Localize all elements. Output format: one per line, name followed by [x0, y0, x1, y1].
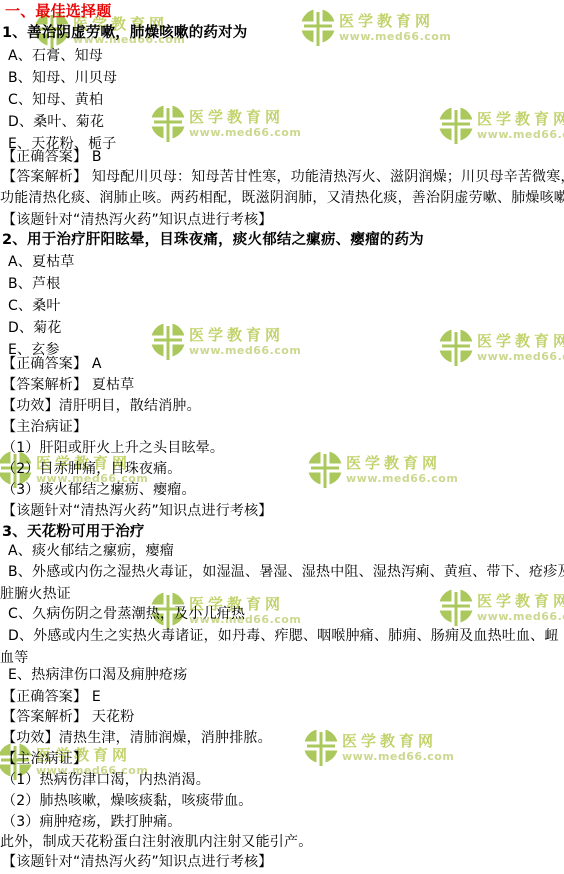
- q2-zhuzhi-item: （1）肝阳或肝火上升之头目眩晕。: [2, 440, 224, 457]
- q1-option-b: B、知母、川贝母: [8, 70, 117, 87]
- q1-analysis-line: 功能清热化痰、润肺止咳。两药相配，既滋阴润肺，又清热化痰，善治阴虚劳嗽、肺燥咳嗽…: [0, 190, 564, 207]
- watermark: 医学教育网 www.med66.com: [300, 8, 451, 50]
- q3-title: 3、天花粉可用于治疗: [2, 524, 145, 541]
- q3-correct-answer: 【正确答案】 E: [2, 689, 101, 706]
- watermark-brand: 医学教育网: [346, 455, 458, 472]
- q3-zhuzhi-header: 【主治病证】: [2, 751, 87, 768]
- q2-title: 2、用于治疗肝阳眩晕，目珠夜痛，痰火郁结之瘰疬、瘿瘤的药为: [2, 232, 424, 249]
- watermark: 医学教育网 www.med66.com: [303, 728, 454, 770]
- med66-logo-icon: [438, 106, 474, 148]
- watermark-brand: 医学教育网: [189, 109, 301, 126]
- q1-option-d: D、桑叶、菊花: [8, 114, 104, 131]
- med66-logo-icon: [150, 104, 186, 146]
- q3-zhuzhi-item: （3）痈肿疮疡，跌打肿痛。: [2, 814, 182, 831]
- watermark-url: www.med66.com: [189, 344, 301, 357]
- q2-analysis: 【答案解析】 夏枯草: [2, 377, 134, 394]
- q1-correct-answer: 【正确答案】 B: [2, 149, 102, 166]
- q3-option-a: A、痰火郁结之瘰疬，瘿瘤: [8, 543, 174, 560]
- q2-zhuzhi-item: （2）目赤肿痛，目珠夜痛。: [2, 461, 182, 478]
- q3-extra-note: 此外，制成天花粉蛋白注射液肌内注射又能引产。: [0, 834, 312, 851]
- med66-logo-icon: [307, 450, 343, 492]
- q2-zhuzhi-header: 【主治病证】: [2, 419, 87, 436]
- q3-option-d-cont: 血等: [0, 650, 28, 667]
- q2-option-c: C、桑叶: [8, 298, 61, 315]
- section-title: 一、最佳选择题: [5, 3, 111, 20]
- q3-option-c: C、久病伤阴之骨蒸潮热，及小儿疳热: [8, 606, 245, 623]
- q3-option-e: E、热病津伤口渴及痈肿疮疡: [8, 667, 187, 684]
- med66-logo-icon: [150, 322, 186, 364]
- watermark-url: www.med66.com: [477, 350, 564, 363]
- watermark-brand: 医学教育网: [477, 111, 564, 128]
- watermark: 医学教育网 www.med66.com: [150, 322, 301, 364]
- watermark: 医学教育网 www.med66.com: [307, 450, 458, 492]
- watermark-url: www.med66.com: [339, 30, 451, 43]
- med66-logo-icon: [438, 588, 474, 630]
- watermark-url: www.med66.com: [346, 472, 458, 485]
- q2-gongxiao: 【功效】清肝明目，散结消肿。: [2, 398, 201, 415]
- q1-option-c: C、知母、黄柏: [8, 92, 103, 109]
- q1-title: 1、善治阴虚劳嗽，肺燥咳嗽的药对为: [2, 25, 248, 42]
- q3-zhuzhi-item: （1）热病伤津口渴，内热消渴。: [2, 772, 210, 789]
- watermark-brand: 医学教育网: [477, 593, 564, 610]
- q1-option-a: A、石膏、知母: [8, 48, 103, 65]
- watermark: 医学教育网 www.med66.com: [438, 328, 564, 370]
- q2-option-b: B、芦根: [8, 276, 60, 293]
- watermark-url: www.med66.com: [477, 610, 564, 623]
- med66-logo-icon: [303, 728, 339, 770]
- q3-option-b-cont: 脏腑火热证: [0, 586, 71, 603]
- q3-analysis: 【答案解析】 天花粉: [2, 709, 134, 726]
- q2-zhuzhi-item: （3）痰火郁结之瘰疬、瘿瘤。: [2, 482, 196, 499]
- med66-logo-icon: [438, 328, 474, 370]
- watermark-brand: 医学教育网: [339, 13, 451, 30]
- watermark-brand: 医学教育网: [342, 733, 454, 750]
- watermark: 医学教育网 www.med66.com: [438, 588, 564, 630]
- watermark: 医学教育网 www.med66.com: [150, 104, 301, 146]
- q3-option-b: B、外感或内伤之湿热火毒证，如湿温、暑湿、湿热中阻、湿热泻痢、黄疸、带下、疮疹及: [8, 564, 564, 581]
- watermark-url: www.med66.com: [477, 128, 564, 141]
- q2-correct-answer: 【正确答案】 A: [2, 356, 102, 373]
- q1-analysis-line: 【答案解析】 知母配川贝母：知母苦甘性寒，功能清热泻火、滋阴润燥；川贝母辛苦微寒…: [2, 169, 564, 186]
- watermark-brand: 医学教育网: [477, 333, 564, 350]
- watermark-brand: 医学教育网: [189, 327, 301, 344]
- q2-exam-note: 【该题针对“清热泻火药”知识点进行考核】: [2, 503, 273, 520]
- watermark-url: www.med66.com: [189, 126, 301, 139]
- watermark-url: www.med66.com: [342, 750, 454, 763]
- q2-option-d: D、菊花: [8, 320, 62, 337]
- q1-exam-note: 【该题针对“清热泻火药”知识点进行考核】: [2, 212, 273, 229]
- document-page: 医学教育网 www.med66.com 医学教育网 www.med66.com …: [0, 0, 564, 874]
- q2-option-a: A、夏枯草: [8, 254, 75, 271]
- q3-option-d: D、外感或内生之实热火毒诸证，如丹毒、痄腮、咽喉肿痛、肺痈、肠痈及血热吐血、衄: [8, 628, 559, 645]
- watermark: 医学教育网 www.med66.com: [438, 106, 564, 148]
- q3-zhuzhi-item: （2）肺热咳嗽，燥咳痰黏，咳痰带血。: [2, 793, 253, 810]
- q3-gongxiao: 【功效】清热生津，清肺润燥，消肿排脓。: [2, 730, 272, 747]
- q3-exam-note: 【该题针对“清热泻火药”知识点进行考核】: [2, 854, 273, 871]
- med66-logo-icon: [300, 8, 336, 50]
